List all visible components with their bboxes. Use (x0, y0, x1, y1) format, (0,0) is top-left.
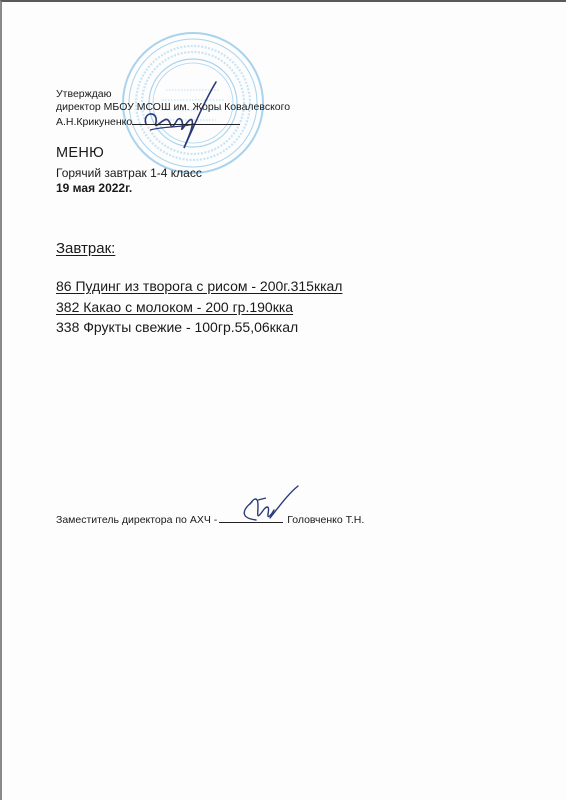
menu-date: 19 мая 2022г. (56, 181, 132, 195)
director-title: директор МБОУ МСОШ им. Жоры Ковалевского (56, 101, 290, 114)
menu-item: 382 Какао с молоком - 200 гр.190кка (56, 298, 293, 316)
approval-label: Утверждаю (56, 88, 111, 101)
director-name-row: А.Н.Крикуненко (56, 114, 240, 129)
meal-section-label: Завтрак: (56, 240, 115, 257)
signature-line (219, 512, 283, 523)
deputy-signature-row: Заместитель директора по АХЧ -Головченко… (56, 512, 364, 526)
menu-subtitle: Горячий завтрак 1-4 класс (56, 166, 202, 180)
director-name: А.Н.Крикуненко (56, 116, 132, 128)
deputy-name: Головченко Т.Н. (287, 514, 364, 526)
deputy-position: Заместитель директора по АХЧ - (56, 514, 217, 526)
menu-item: 86 Пудинг из творога с рисом - 200г.315к… (56, 277, 342, 295)
menu-item: 338 Фрукты свежие - 100гр.55,06ккал (56, 318, 298, 336)
signature-line (132, 114, 240, 125)
page-title: МЕНЮ (56, 145, 104, 161)
